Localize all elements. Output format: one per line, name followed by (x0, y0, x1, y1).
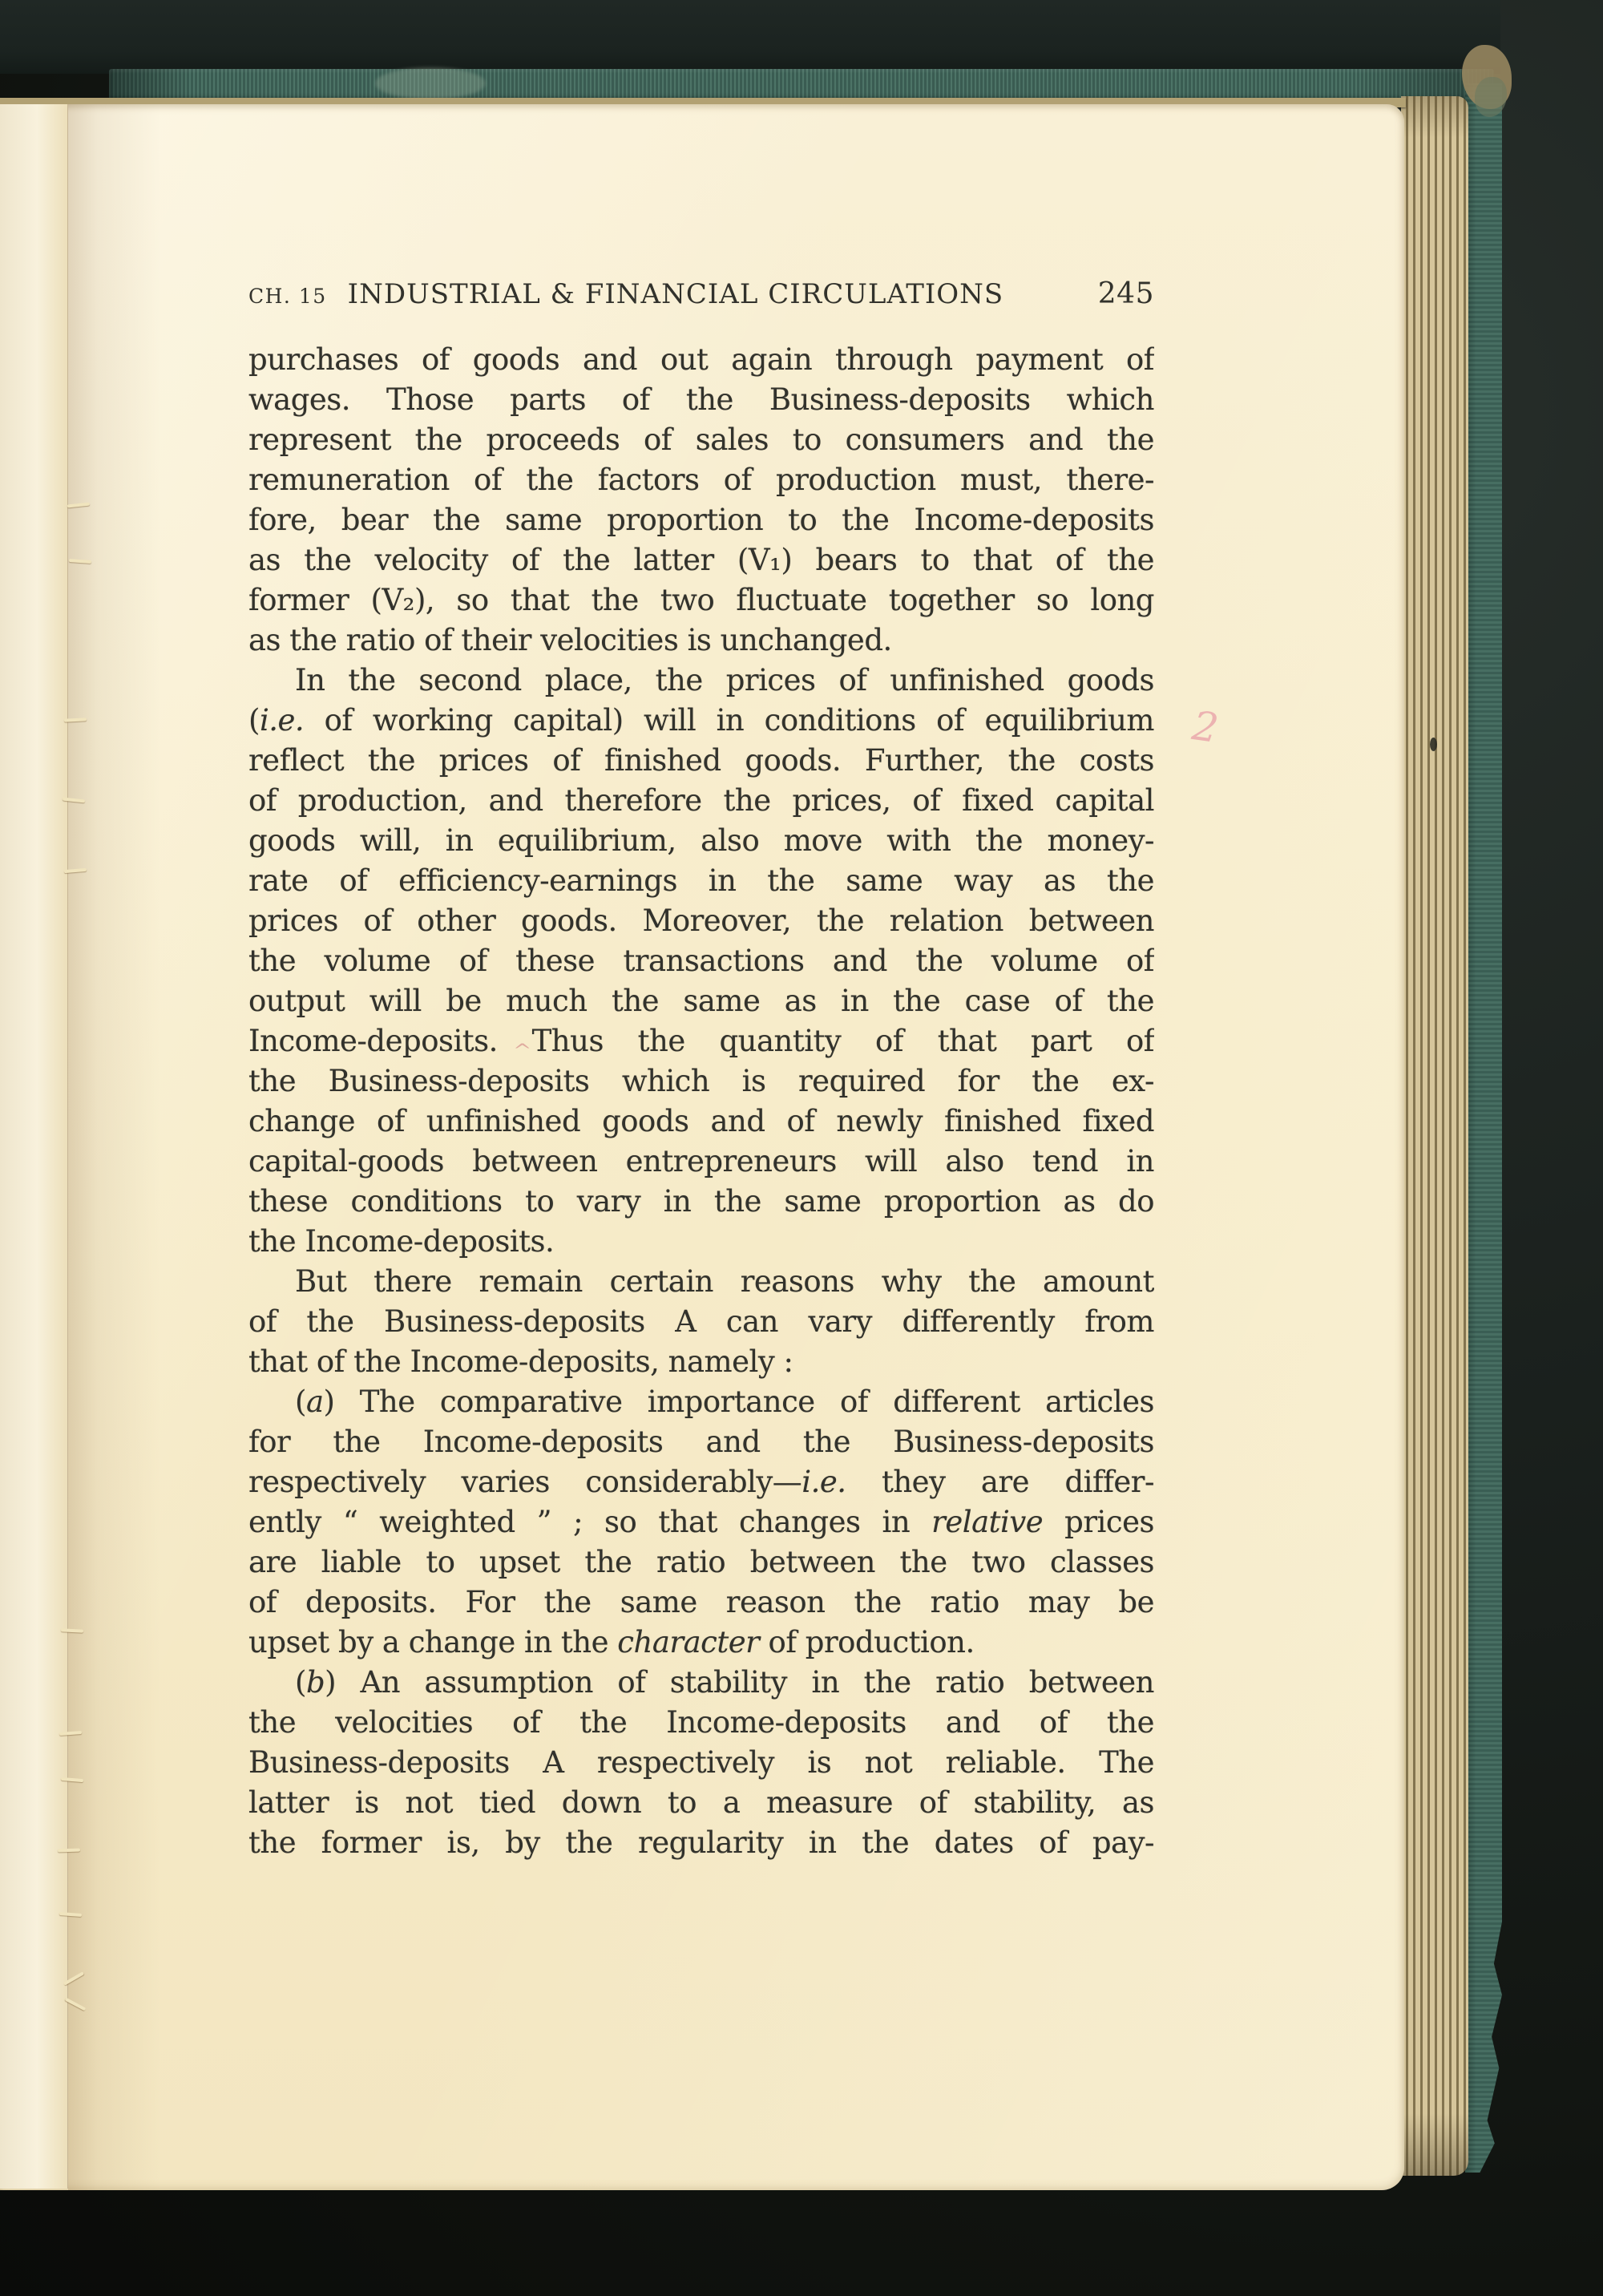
text-line: But there remain certain reasons why the… (248, 1262, 1154, 1302)
text-line: represent the proceeds of sales to consu… (248, 420, 1154, 460)
text-line: the Income-deposits. (248, 1222, 1154, 1262)
text-line: rate of efficiency-earnings in the same … (248, 861, 1154, 901)
body-text: purchases of goods and out again through… (248, 340, 1154, 1863)
cover-wear-patch (375, 67, 486, 99)
text-line: the former is, by the regularity in the … (248, 1823, 1154, 1863)
text-line: the Business-deposits which is required … (248, 1061, 1154, 1102)
text-line: Income-deposits. Thus the quantity of th… (248, 1021, 1154, 1061)
page-content: CH. 15 INDUSTRIAL & FINANCIAL CIRCULATIO… (248, 277, 1154, 1889)
text-line: the velocities of the Income-deposits an… (248, 1703, 1154, 1743)
text-line: prices of other goods. Moreover, the rel… (248, 901, 1154, 941)
text-line: these conditions to vary in the same pro… (248, 1182, 1154, 1222)
text-line: ently “ weighted ” ; so that changes in … (248, 1502, 1154, 1542)
text-line: that of the Income-deposits, namely : (248, 1342, 1154, 1382)
text-line: capital-goods between entrepreneurs will… (248, 1142, 1154, 1182)
text-line: (b) An assumption of stability in the ra… (248, 1663, 1154, 1703)
text-line: wages. Those parts of the Business-depos… (248, 380, 1154, 420)
book-photo: CH. 15 INDUSTRIAL & FINANCIAL CIRCULATIO… (0, 0, 1603, 2296)
text-line: In the second place, the prices of unfin… (248, 661, 1154, 701)
text-line: (i.e. of working capital) will in condit… (248, 701, 1154, 741)
text-line: output will be much the same as in the c… (248, 981, 1154, 1021)
text-line: fore, bear the same proportion to the In… (248, 500, 1154, 540)
text-line: former (V₂), so that the two fluctuate t… (248, 580, 1154, 620)
edge-speck (1430, 738, 1437, 751)
text-line: are liable to upset the ratio between th… (248, 1542, 1154, 1583)
text-line: Business-deposits A respectively is not … (248, 1743, 1154, 1783)
text-line: reflect the prices of finished goods. Fu… (248, 741, 1154, 781)
caret-pencil-mark: ^ (513, 1040, 531, 1061)
page-number: 245 (1098, 277, 1154, 310)
text-line: of deposits. For the same reason the rat… (248, 1583, 1154, 1623)
text-line: as the ratio of their velocities is unch… (248, 620, 1154, 661)
text-line: as the velocity of the latter (V₁) bears… (248, 540, 1154, 580)
text-line: (a) The comparative importance of differ… (248, 1382, 1154, 1422)
text-line: of production, and therefore the prices,… (248, 781, 1154, 821)
text-line: the volume of these transactions and the… (248, 941, 1154, 981)
running-title: INDUSTRIAL & FINANCIAL CIRCULATIONS (348, 278, 1004, 310)
book-cover-top (0, 0, 1500, 74)
text-line: for the Income-deposits and the Business… (248, 1422, 1154, 1462)
text-line: change of unfinished goods and of newly … (248, 1102, 1154, 1142)
book-cover-right-edge (1465, 83, 1502, 2173)
page-header: CH. 15 INDUSTRIAL & FINANCIAL CIRCULATIO… (248, 277, 1154, 311)
page-stack-fore-edge (1401, 96, 1468, 2176)
text-line: goods will, in equilibrium, also move wi… (248, 821, 1154, 861)
text-line: respectively varies considerably—i.e. th… (248, 1462, 1154, 1502)
text-line: remuneration of the factors of productio… (248, 460, 1154, 500)
text-line: purchases of goods and out again through… (248, 340, 1154, 380)
text-line: latter is not tied down to a measure of … (248, 1783, 1154, 1823)
gutter-shadow (68, 104, 160, 2190)
previous-page-sliver (0, 104, 68, 2189)
text-line: upset by a change in the character of pr… (248, 1623, 1154, 1663)
text-line: of the Business-deposits A can vary diff… (248, 1302, 1154, 1342)
chapter-label: CH. 15 (248, 285, 327, 308)
